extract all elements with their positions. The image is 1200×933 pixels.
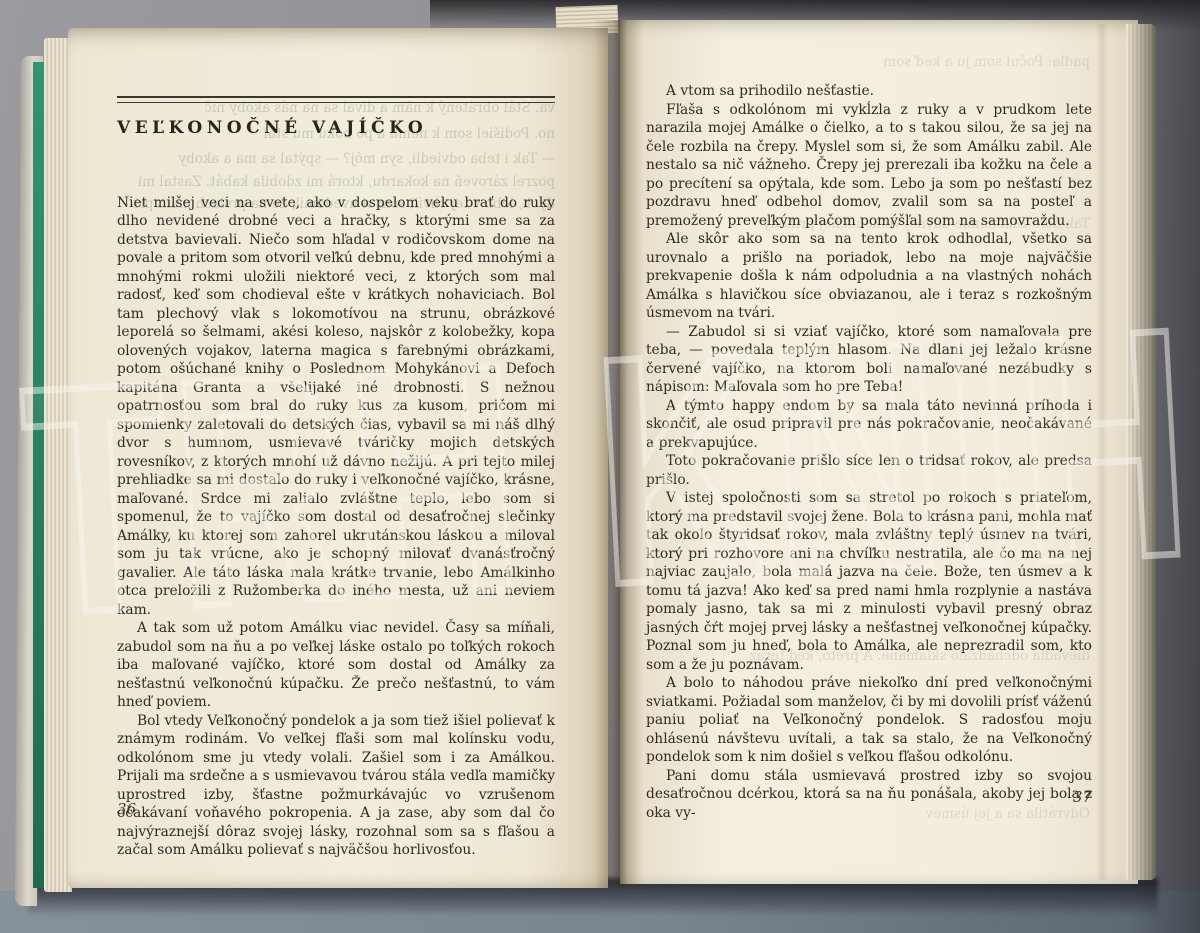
paragraph: A bolo to náhodou práve niekoľko dní pre… <box>646 674 1092 767</box>
scanned-book-photo: va. Stál obrátený k nám a díval sa na ná… <box>0 0 1200 933</box>
page-number-left: 36 <box>117 800 136 818</box>
paragraph: A vtom sa prihodilo nešťastie. <box>646 82 1092 101</box>
paragraph: A týmto happy endom by sa mala táto nevi… <box>646 397 1092 453</box>
paragraph: Toto pokračovanie prišlo síce len o trid… <box>646 452 1092 489</box>
paragraph: Fľaša s odkolónom mi vykĺzla z ruky a v … <box>646 101 1092 231</box>
left-page-body: Niet milšej veci na svete, ako v dospelo… <box>117 194 555 860</box>
left-page-text-column: VEĽKONOČNÉ VAJÍČKO Niet milšej veci na s… <box>117 96 555 860</box>
paragraph: Bol vtedy Veľkonočný pondelok a ja som t… <box>117 712 555 860</box>
paragraph: A tak som už potom Amálku viac nevidel. … <box>117 619 555 712</box>
right-page-text-column: A vtom sa prihodilo nešťastie. Fľaša s o… <box>646 82 1092 822</box>
page-number-right: 37 <box>646 788 1092 806</box>
paragraph: Niet milšej veci na svete, ako v dospelo… <box>117 194 555 620</box>
paragraph: V istej spoločnosti som sa stretol po ro… <box>646 489 1092 674</box>
book-gutter-shadow <box>594 20 644 888</box>
paragraph: — Zabudol si si vziať vajíčko, ktoré som… <box>646 323 1092 397</box>
paragraph: Ale skôr ako som sa na tento krok odhodl… <box>646 230 1092 323</box>
chapter-title: VEĽKONOČNÉ VAJÍČKO <box>117 119 555 138</box>
right-page-crease <box>1096 24 1108 880</box>
stacked-page-edges-right <box>1126 24 1156 880</box>
chapter-title-rule <box>117 96 555 103</box>
